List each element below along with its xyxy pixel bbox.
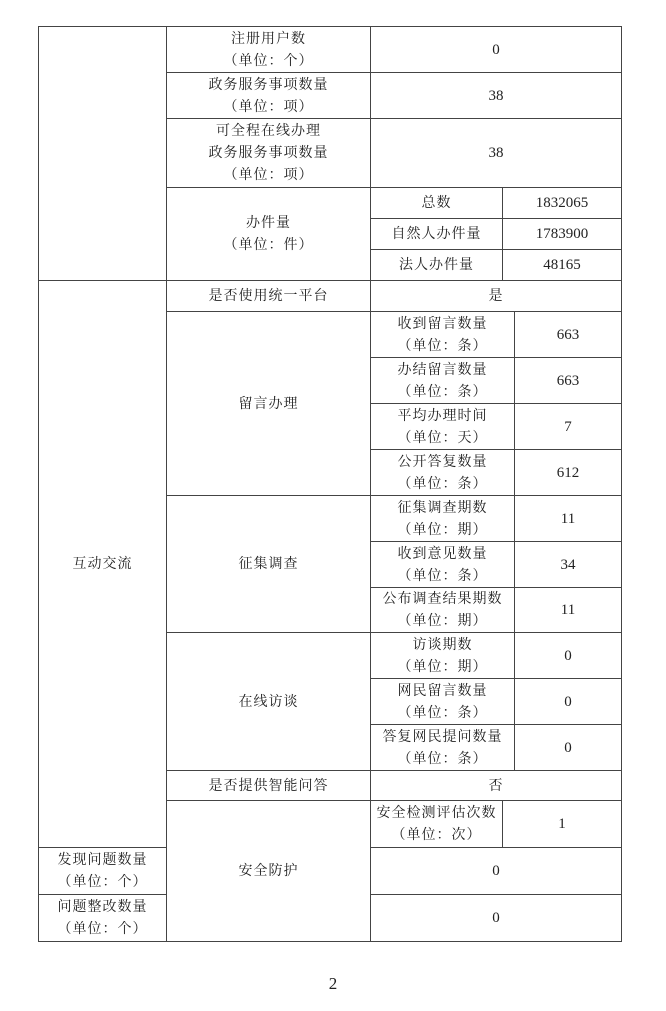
- value-survey-periods: 11: [515, 496, 622, 542]
- row-label-service-items: 政务服务事项数量 （单位：项）: [167, 73, 371, 119]
- sub-label-cases-total: 总数: [371, 188, 503, 219]
- sub-label-messages-closed: 办结留言数量 （单位：条）: [371, 358, 515, 404]
- value-interview-messages: 0: [515, 679, 622, 725]
- value-survey-results: 11: [515, 588, 622, 633]
- value-cases-legal: 48165: [503, 250, 622, 281]
- section-label-service: [39, 27, 167, 281]
- row-label-survey: 征集调查: [167, 496, 371, 633]
- value-cases-total: 1832065: [503, 188, 622, 219]
- value-cases-natural: 1783900: [503, 219, 622, 250]
- sub-label-interview-replies: 答复网民提问数量 （单位：条）: [371, 725, 515, 771]
- sub-label-messages-avg-time: 平均办理时间 （单位：天）: [371, 404, 515, 450]
- value-issues-found: 0: [371, 848, 622, 895]
- value-online-items: 38: [371, 119, 622, 188]
- value-interview-periods: 0: [515, 633, 622, 679]
- row-label-unified-platform: 是否使用统一平台: [167, 281, 371, 312]
- row-label-issues-fixed: 问题整改数量 （单位：个）: [39, 895, 167, 942]
- row-label-online-items: 可全程在线办理 政务服务事项数量 （单位：项）: [167, 119, 371, 188]
- value-service-items: 38: [371, 73, 622, 119]
- value-survey-opinions: 34: [515, 542, 622, 588]
- row-label-smart-qa: 是否提供智能问答: [167, 771, 371, 801]
- sub-label-interview-periods: 访谈期数 （单位：期）: [371, 633, 515, 679]
- sub-label-interview-messages: 网民留言数量 （单位：条）: [371, 679, 515, 725]
- value-security-checks: 1: [503, 801, 622, 848]
- sub-label-cases-legal: 法人办件量: [371, 250, 503, 281]
- sub-label-messages-public: 公开答复数量 （单位：条）: [371, 450, 515, 496]
- value-messages-public: 612: [515, 450, 622, 496]
- sub-label-survey-results: 公布调查结果期数 （单位：期）: [371, 588, 515, 633]
- row-label-security-checks: 安全检测评估次数 （单位：次）: [371, 801, 503, 848]
- value-unified-platform: 是: [371, 281, 622, 312]
- row-label-messages: 留言办理: [167, 312, 371, 496]
- value-registered-users: 0: [371, 27, 622, 73]
- row-label-issues-found: 发现问题数量 （单位：个）: [39, 848, 167, 895]
- row-label-cases: 办件量 （单位：件）: [167, 188, 371, 281]
- section-label-security: 安全防护: [167, 801, 371, 942]
- value-issues-fixed: 0: [371, 895, 622, 942]
- page-number: 2: [0, 974, 666, 994]
- table-row: 注册用户数 （单位：个） 0: [39, 27, 622, 73]
- value-messages-closed: 663: [515, 358, 622, 404]
- statistics-table: 注册用户数 （单位：个） 0 政务服务事项数量 （单位：项） 38 可全程在线办…: [38, 26, 622, 942]
- sub-label-survey-periods: 征集调查期数 （单位：期）: [371, 496, 515, 542]
- table-row: 互动交流 是否使用统一平台 是: [39, 281, 622, 312]
- sub-label-messages-received: 收到留言数量 （单位：条）: [371, 312, 515, 358]
- value-messages-avg-time: 7: [515, 404, 622, 450]
- value-smart-qa: 否: [371, 771, 622, 801]
- value-interview-replies: 0: [515, 725, 622, 771]
- section-label-interaction: 互动交流: [39, 281, 167, 848]
- sub-label-survey-opinions: 收到意见数量 （单位：条）: [371, 542, 515, 588]
- row-label-interview: 在线访谈: [167, 633, 371, 771]
- row-label-registered-users: 注册用户数 （单位：个）: [167, 27, 371, 73]
- value-messages-received: 663: [515, 312, 622, 358]
- sub-label-cases-natural: 自然人办件量: [371, 219, 503, 250]
